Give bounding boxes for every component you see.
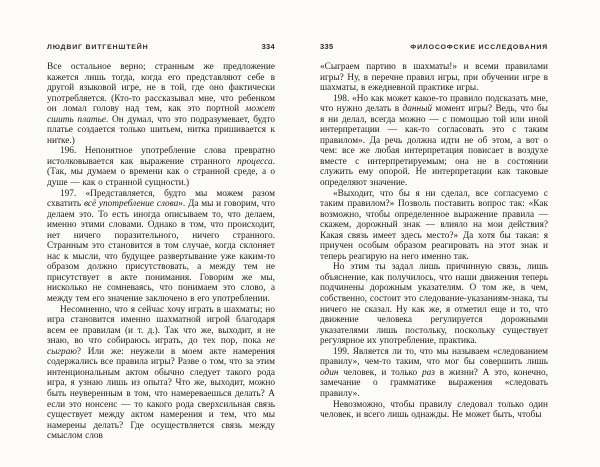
right-page: 335 ФИЛОСОФСКИЕ ИССЛЕДОВАНИЯ «Сыграем па… <box>320 42 548 452</box>
italic-text-run: раз <box>422 368 435 378</box>
left-page-text: Все остальное верно; странным же предлож… <box>47 62 275 442</box>
paragraph: 196. Непонятное употребление слова превр… <box>47 146 275 188</box>
text-run: «Выходит, что бы я ни сделал, все соглас… <box>320 189 548 262</box>
text-run: ? Или же: неужели в моем акте намерения … <box>47 347 275 441</box>
paragraph: Несомненно, что я сейчас хочу играть в ш… <box>47 305 275 442</box>
left-page: ЛЮДВИГ ВИТГЕНШТЕЙН 334 Все остальное вер… <box>47 42 275 452</box>
text-run: момент игры? Ведь, что бы я ни делал, вс… <box>320 104 548 188</box>
book-title-header-text: ФИЛОСОФСКИЕ ИССЛЕДОВАНИЯ <box>410 45 548 51</box>
text-run: 199. Является ли то, что мы называем «сл… <box>320 347 548 368</box>
paragraph: «Сыграем партию в шахматы!» и всеми прав… <box>320 62 548 94</box>
paragraph: 198. «Но как может какое-то правило подс… <box>320 94 548 189</box>
italic-text-run: процесса <box>237 157 273 167</box>
paragraph: 199. Является ли то, что мы называем «сл… <box>320 347 548 400</box>
left-running-header: ЛЮДВИГ ВИТГЕНШТЕЙН 334 <box>47 42 275 52</box>
text-run: Все остальное верно; странным же предлож… <box>47 62 275 114</box>
paragraph: Но этим ты задал лишь причинную связь, л… <box>320 262 548 346</box>
italic-text-run: данный <box>403 104 433 114</box>
author-header-text: ЛЮДВИГ ВИТГЕНШТЕЙН <box>47 45 148 51</box>
text-run: Несомненно, что я сейчас хочу играть в ш… <box>47 305 275 347</box>
text-run: человек, и только <box>339 368 422 378</box>
italic-text-run: всё употребление слова <box>84 199 178 209</box>
right-page-text: «Сыграем партию в шахматы!» и всеми прав… <box>320 62 548 421</box>
text-run: Но этим ты задал лишь причинную связь, л… <box>320 262 548 346</box>
paragraph: 197. «Представляется, будто мы можем раз… <box>47 189 275 305</box>
header-spacer <box>47 55 275 62</box>
italic-text-run: один <box>320 368 339 378</box>
paragraph: Невозможно, чтобы правилу следовал тольк… <box>320 400 548 421</box>
paragraph: Все остальное верно; странным же предлож… <box>47 62 275 146</box>
right-page-number: 335 <box>320 42 333 51</box>
paragraph: «Выходит, что бы я ни сделал, все соглас… <box>320 189 548 263</box>
header-spacer <box>320 55 548 62</box>
left-page-number: 334 <box>262 42 275 51</box>
book-spread: ЛЮДВИГ ВИТГЕНШТЕЙН 334 Все остальное вер… <box>0 0 600 467</box>
right-running-header: 335 ФИЛОСОФСКИЕ ИССЛЕДОВАНИЯ <box>320 42 548 52</box>
text-run: Невозможно, чтобы правилу следовал тольк… <box>320 400 548 421</box>
text-run: «Сыграем партию в шахматы!» и всеми прав… <box>320 62 548 93</box>
text-run: ». Да мы и говорим, что делаем это. То е… <box>47 199 275 304</box>
